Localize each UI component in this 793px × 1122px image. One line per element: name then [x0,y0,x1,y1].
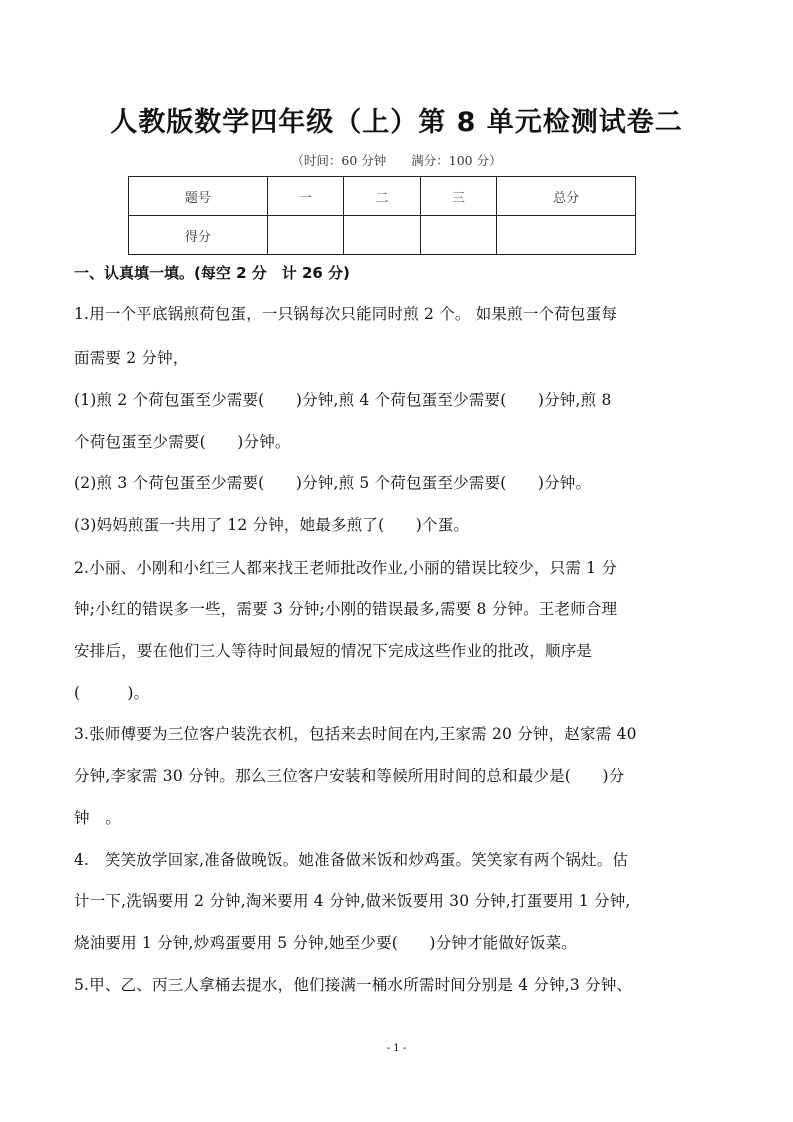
page-number: - 1 - [0,1043,793,1054]
question-line: 1.用一个平底锅煎荷包蛋，一只锅每次只能同时煎 2 个。 如果煎一个荷包蛋每 [74,302,617,324]
header-cell: 三 [420,177,497,216]
question-line: (3)妈妈煎蛋一共用了 12 分钟，她最多煎了( )个蛋。 [74,513,469,535]
question-line: 个荷包蛋至少需要( )分钟。 [74,430,291,452]
question-line: 烧油要用 1 分钟,炒鸡蛋要用 5 分钟,她至少要( )分钟才能做好饭菜。 [74,931,577,953]
score-cell [344,216,421,255]
score-table-score-row: 得分 [129,216,636,255]
question-line: ( )。 [74,681,149,703]
question-line: 面需要 2 分钟， [74,346,189,368]
section-heading: 一、认真填一填。(每空 2 分 计 26 分) [74,262,350,283]
question-line: 2.小丽、小刚和小红三人都来找王老师批改作业,小丽的错误比较少，只需 1 分 [74,556,617,578]
question-line: 钟;小红的错误多一些，需要 3 分钟;小刚的错误最多,需要 8 分钟。王老师合理 [74,597,617,619]
question-line: 3.张师傅要为三位客户装洗衣机，包括来去时间在内,王家需 20 分钟，赵家需 4… [74,722,637,744]
score-table: 题号 一 二 三 总分 得分 [128,176,636,255]
page-title: 人教版数学四年级（上）第 8 单元检测试卷二 [0,100,793,139]
question-line: 安排后，要在他们三人等待时间最短的情况下完成这些作业的批改，顺序是 [74,639,592,661]
score-cell [267,216,344,255]
header-cell: 一 [267,177,344,216]
header-cell: 二 [344,177,421,216]
question-line: 4. 笑笑放学回家,准备做晚饭。她准备做米饭和炒鸡蛋。笑笑家有两个锅灶。估 [74,848,628,870]
question-line: 5.甲、乙、丙三人拿桶去提水，他们接满一桶水所需时间分别是 4 分钟,3 分钟、 [74,973,632,995]
question-line: (1)煎 2 个荷包蛋至少需要( )分钟,煎 4 个荷包蛋至少需要( )分钟,煎… [74,388,612,410]
question-line: (2)煎 3 个荷包蛋至少需要( )分钟,煎 5 个荷包蛋至少需要( )分钟。 [74,471,591,493]
question-line: 计一下,洗锅要用 2 分钟,淘米要用 4 分钟,做米饭要用 30 分钟,打蛋要用… [74,889,631,911]
header-cell: 总分 [497,177,636,216]
score-cell [497,216,636,255]
exam-time-and-score: （时间：60 分钟 满分：100 分） [0,151,793,169]
question-line: 钟 。 [74,806,121,828]
header-cell: 题号 [129,177,268,216]
row-label-cell: 得分 [129,216,268,255]
score-table-header-row: 题号 一 二 三 总分 [129,177,636,216]
question-line: 分钟,李家需 30 分钟。那么三位客户安装和等候所用时间的总和最少是( )分 [74,764,624,786]
score-cell [420,216,497,255]
